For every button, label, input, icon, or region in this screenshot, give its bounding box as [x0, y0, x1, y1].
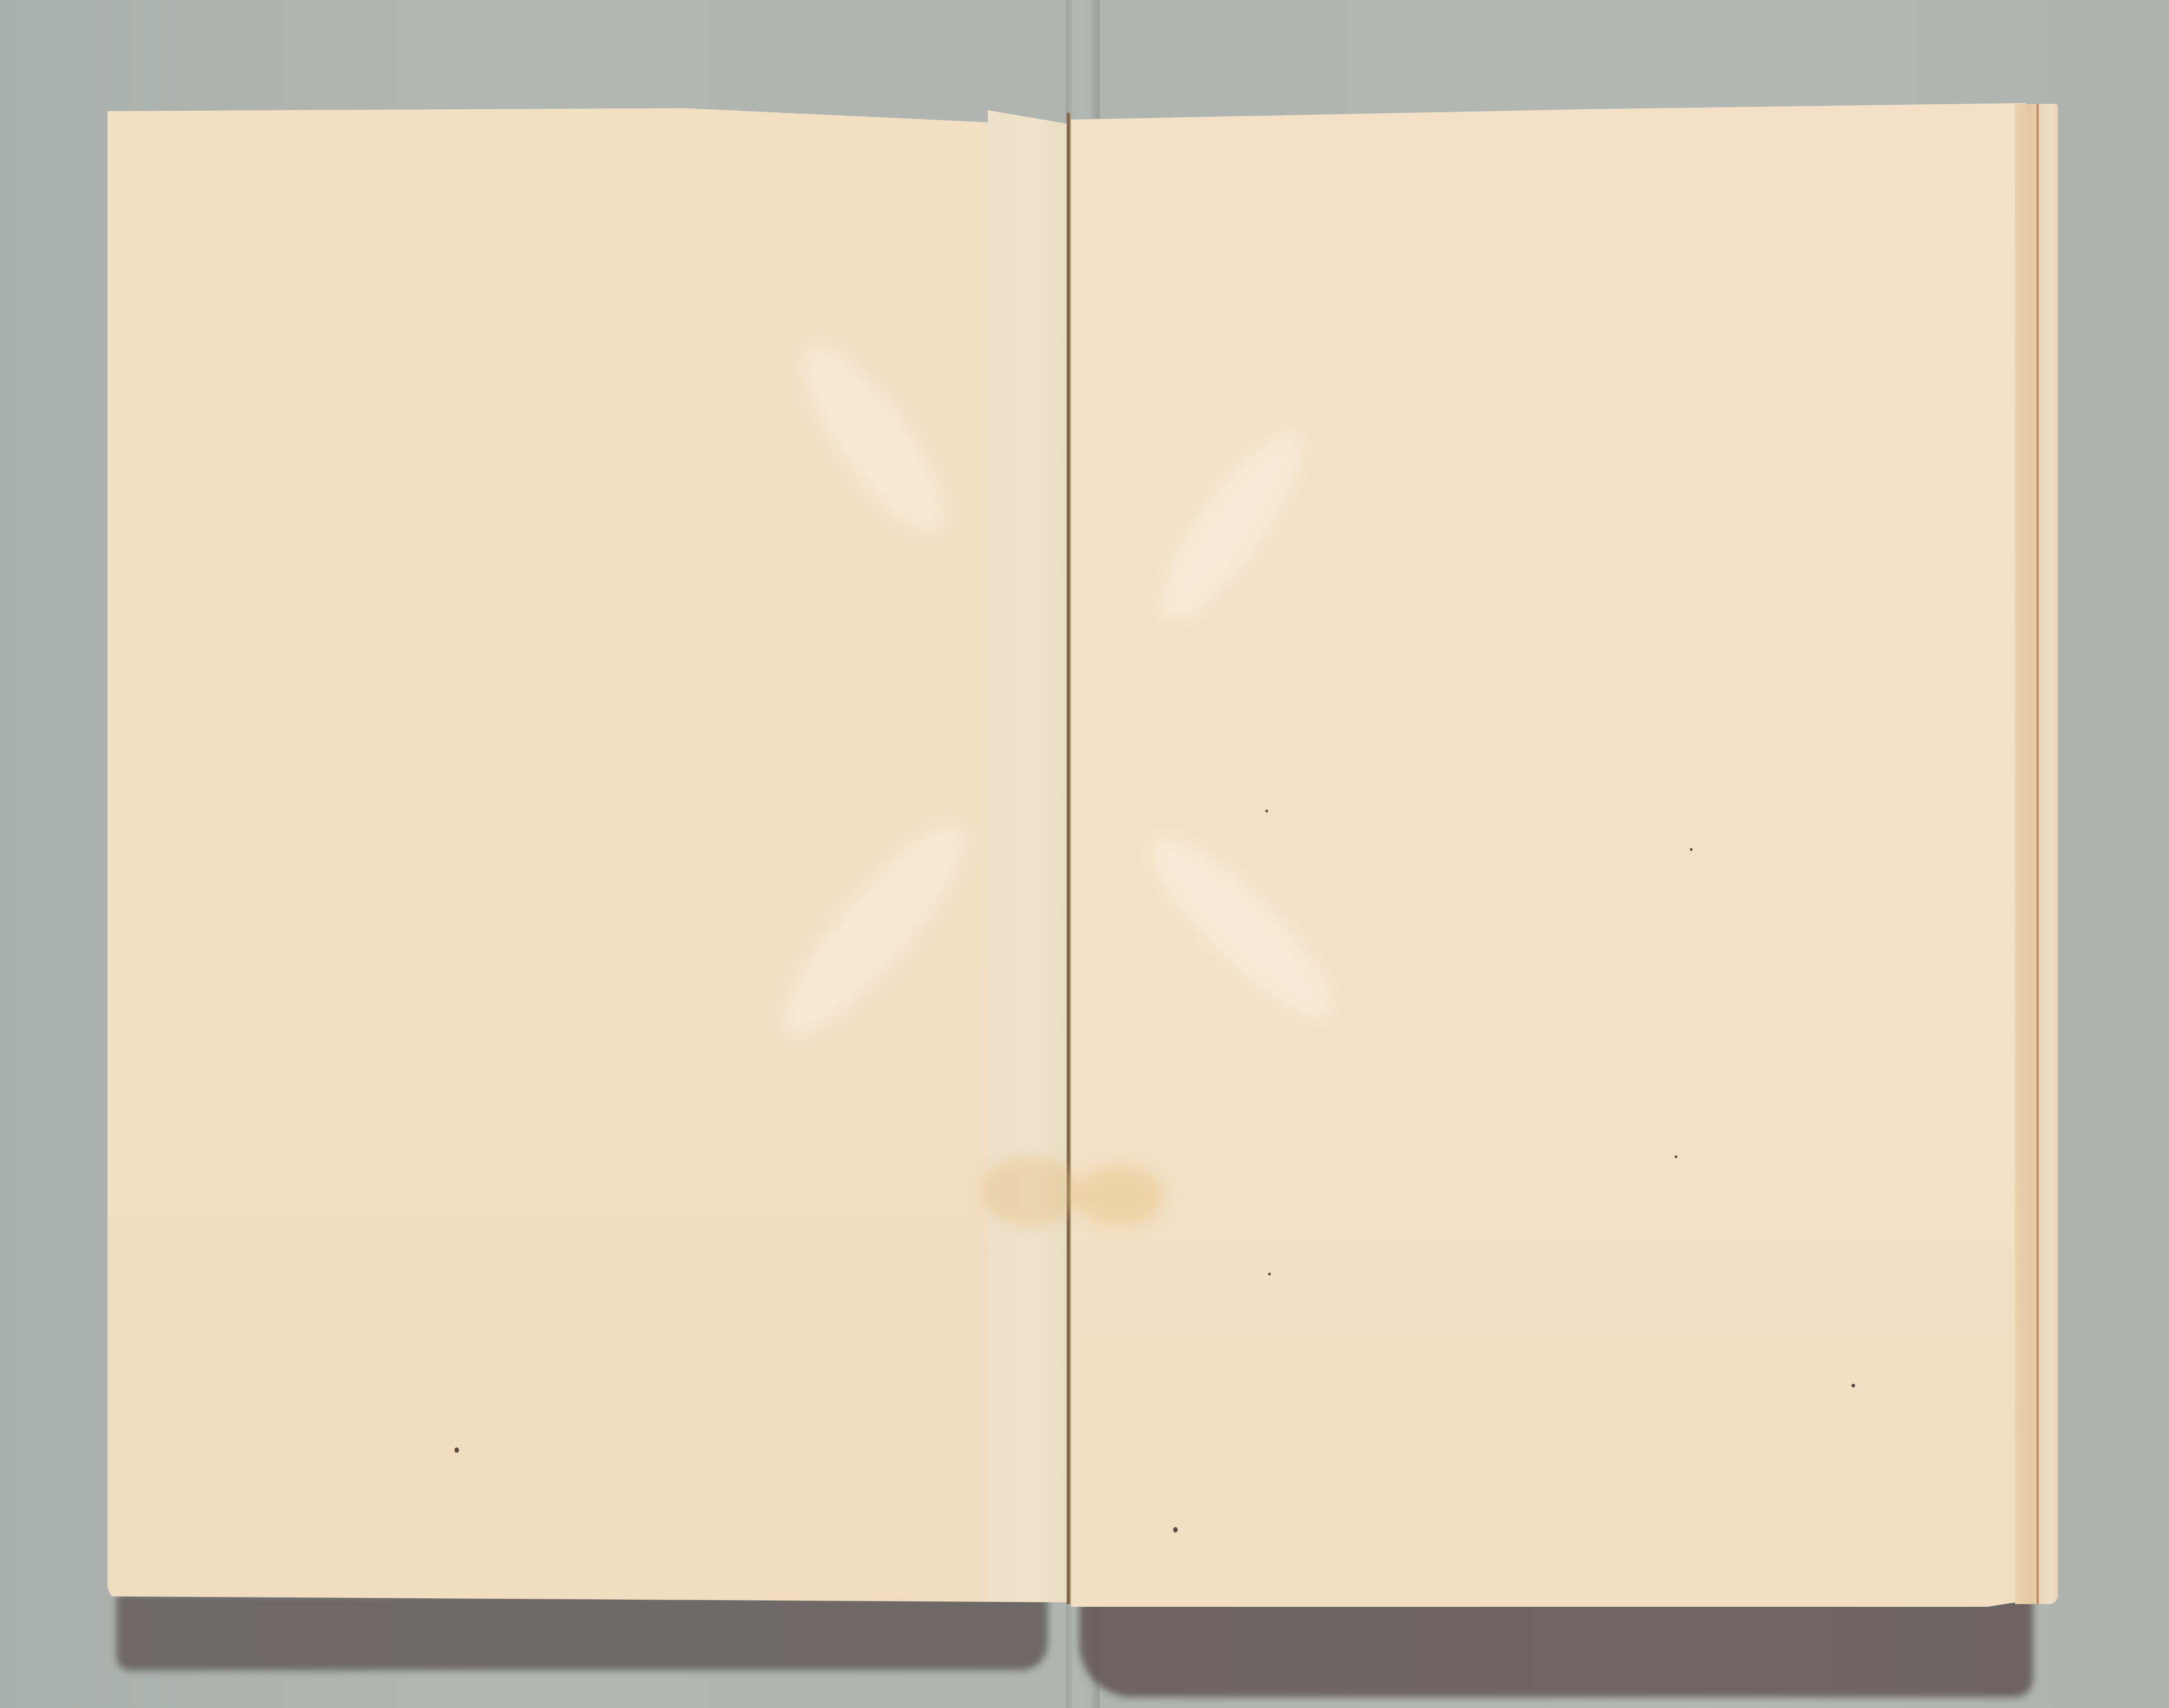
paper-speck — [1852, 1384, 1855, 1387]
paper-speck — [1675, 1155, 1677, 1158]
left-page-shadow — [116, 1594, 1048, 1670]
paper-speck — [1268, 1273, 1271, 1275]
right-page — [1071, 103, 2026, 1607]
paper-speck — [1173, 1527, 1178, 1532]
paper-speck — [454, 1447, 459, 1453]
page-block-fore-edge — [2015, 104, 2058, 1604]
paper-speck — [1690, 848, 1693, 851]
book-gutter — [1067, 113, 1071, 1604]
foxing-stain — [981, 1155, 1079, 1227]
paper-speck — [1265, 810, 1268, 812]
foxing-stain — [1075, 1164, 1164, 1227]
right-page-shadow — [1079, 1594, 2033, 1697]
left-page-gutter-strip — [988, 106, 1067, 1601]
